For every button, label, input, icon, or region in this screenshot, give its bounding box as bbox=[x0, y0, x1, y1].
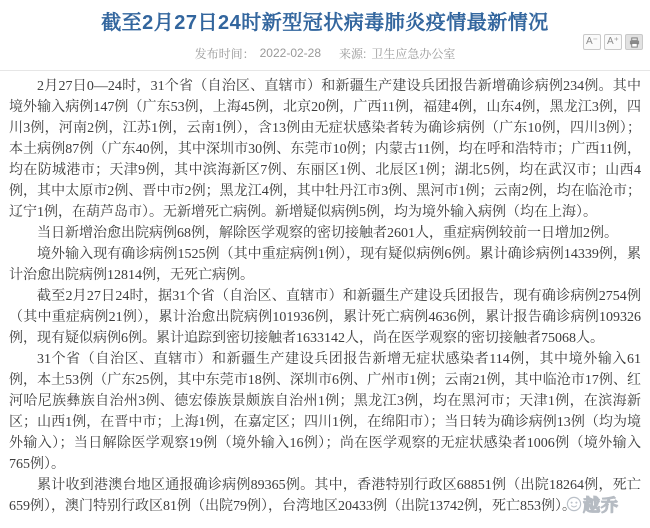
source-value: 卫生应急办公室 bbox=[371, 45, 455, 62]
article-paragraph: 累计收到港澳台地区通报确诊病例89365例。其中，香港特别行政区68851例（出… bbox=[9, 475, 641, 517]
font-toolbar: A⁻ A⁺ bbox=[583, 34, 643, 50]
article-meta: 发布时间： 2022-02-28 来源: 卫生应急办公室 bbox=[0, 44, 650, 62]
print-button[interactable] bbox=[625, 34, 643, 50]
article-paragraph: 境外输入现有确诊病例1525例（其中重症病例1例），现有疑似病例6例。累计确诊病… bbox=[9, 244, 641, 286]
article-paragraph: 截至2月27日24时，据31个省（自治区、直辖市）和新疆生产建设兵团报告，现有确… bbox=[9, 286, 641, 349]
font-increase-icon: A⁺ bbox=[607, 37, 619, 47]
article-body: 2月27日0—24时，31个省（自治区、直辖市）和新疆生产建设兵团报告新增确诊病… bbox=[0, 71, 650, 517]
font-decrease-button[interactable]: A⁻ bbox=[583, 34, 601, 50]
font-increase-button[interactable]: A⁺ bbox=[604, 34, 622, 50]
publish-date: 2022-02-28 bbox=[260, 46, 321, 60]
printer-icon bbox=[629, 37, 640, 48]
font-decrease-icon: A⁻ bbox=[586, 37, 598, 47]
article-paragraph: 31个省（自治区、直辖市）和新疆生产建设兵团报告新增无症状感染者114例，其中境… bbox=[9, 349, 641, 475]
header-divider bbox=[0, 70, 650, 71]
article-paragraph: 当日新增治愈出院病例68例，解除医学观察的密切接触者2601人，重症病例较前一日… bbox=[9, 223, 641, 244]
article-header: 截至2月27日24时新型冠状病毒肺炎疫情最新情况 发布时间： 2022-02-2… bbox=[0, 0, 650, 71]
article-paragraph: 2月27日0—24时，31个省（自治区、直辖市）和新疆生产建设兵团报告新增确诊病… bbox=[9, 76, 641, 223]
source-label: 来源: bbox=[339, 45, 366, 62]
publish-time-label: 发布时间： bbox=[195, 45, 255, 62]
page-title: 截至2月27日24时新型冠状病毒肺炎疫情最新情况 bbox=[0, 6, 650, 35]
